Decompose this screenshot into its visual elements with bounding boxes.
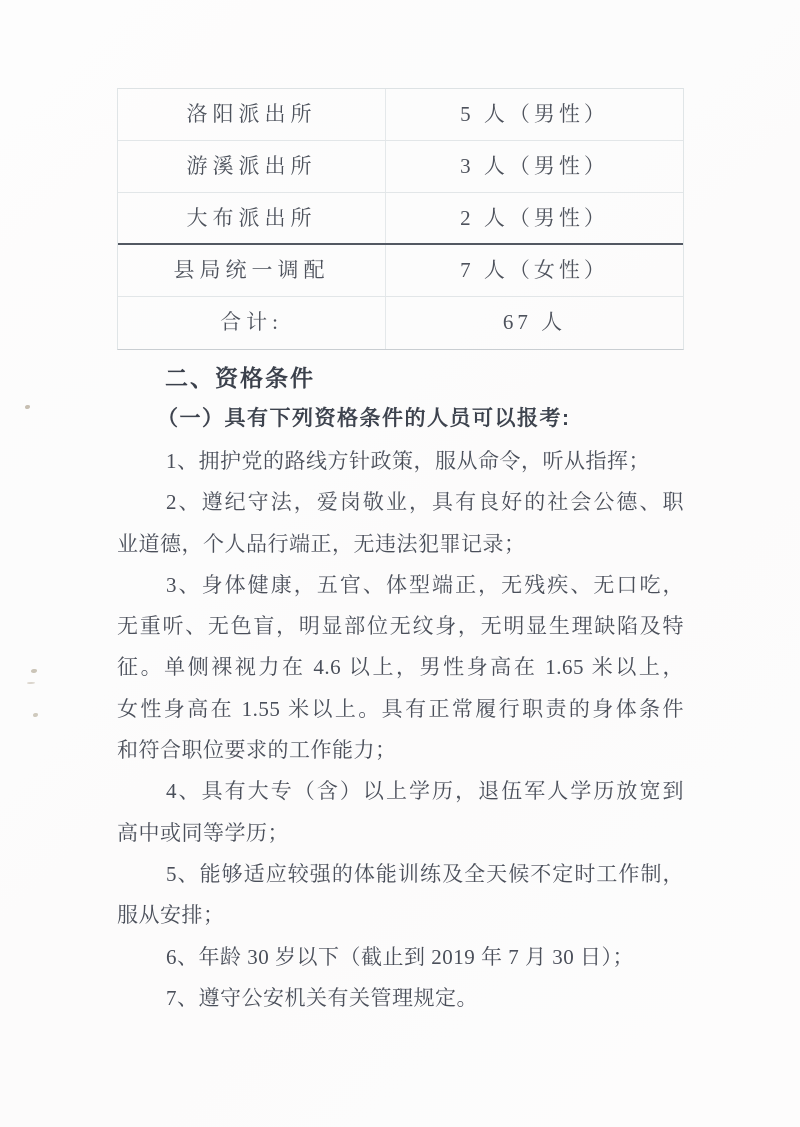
qualification-item: 1、拥护党的路线方针政策，服从命令，听从指挥； — [117, 441, 684, 482]
total-label-cell: 合计: — [118, 297, 386, 349]
qualification-line: 和符合职位要求的工作能力； — [117, 730, 684, 771]
document-page: 洛阳派出所 5 人（男性） 游溪派出所 3 人（男性） 大布派出所 2 人（男性… — [0, 0, 800, 1127]
qualification-item: 5、能够适应较强的体能训练及全天候不定时工作制，服从安排； — [117, 854, 684, 937]
station-cell: 大布派出所 — [118, 193, 386, 243]
table-row: 大布派出所 2 人（男性） — [118, 193, 683, 245]
station-cell: 游溪派出所 — [118, 141, 386, 192]
total-value-cell: 67 人 — [386, 297, 683, 349]
section-subheading: （一）具有下列资格条件的人员可以报考: — [157, 402, 571, 432]
scan-speck — [27, 682, 35, 684]
qualification-line: 6、年龄 30 岁以下（截止到 2019 年 7 月 30 日）； — [117, 937, 684, 978]
qualification-line: 3、身体健康，五官、体型端正，无残疾、无口吃， — [117, 565, 684, 606]
quota-table: 洛阳派出所 5 人（男性） 游溪派出所 3 人（男性） 大布派出所 2 人（男性… — [117, 88, 684, 350]
table-row-total: 合计: 67 人 — [118, 297, 683, 349]
table-row: 县局统一调配 7 人（女性） — [118, 245, 683, 297]
station-cell: 洛阳派出所 — [118, 89, 386, 140]
scan-speck — [33, 713, 38, 717]
quota-cell: 2 人（男性） — [386, 193, 683, 243]
qualification-line: 征。单侧裸视力在 4.6 以上，男性身高在 1.65 米以上， — [117, 647, 684, 688]
qualification-line: 1、拥护党的路线方针政策，服从命令，听从指挥； — [117, 441, 684, 482]
qualification-line: 4、具有大专（含）以上学历，退伍军人学历放宽到 — [117, 771, 684, 812]
qualification-list: 1、拥护党的路线方针政策，服从命令，听从指挥；2、遵纪守法，爱岗敬业，具有良好的… — [117, 441, 684, 1019]
qualification-line: 7、遵守公安机关有关管理规定。 — [117, 978, 684, 1019]
qualification-line: 2、遵纪守法，爱岗敬业，具有良好的社会公德、职 — [117, 482, 684, 523]
scan-speck — [25, 405, 30, 409]
qualification-item: 3、身体健康，五官、体型端正，无残疾、无口吃，无重听、无色盲，明显部位无纹身，无… — [117, 565, 684, 771]
scan-speck — [31, 669, 37, 673]
station-cell: 县局统一调配 — [118, 245, 386, 296]
qualification-line: 女性身高在 1.55 米以上。具有正常履行职责的身体条件 — [117, 689, 684, 730]
quota-cell: 5 人（男性） — [386, 89, 683, 140]
table-row: 游溪派出所 3 人（男性） — [118, 141, 683, 193]
qualification-line: 高中或同等学历； — [117, 813, 684, 854]
section-heading: 二、资格条件 — [165, 360, 315, 393]
qualification-item: 2、遵纪守法，爱岗敬业，具有良好的社会公德、职业道德，个人品行端正，无违法犯罪记… — [117, 482, 684, 565]
table-row: 洛阳派出所 5 人（男性） — [118, 89, 683, 141]
qualification-line: 业道德，个人品行端正，无违法犯罪记录； — [117, 524, 684, 565]
quota-cell: 3 人（男性） — [386, 141, 683, 192]
quota-cell: 7 人（女性） — [386, 245, 683, 296]
qualification-line: 无重听、无色盲，明显部位无纹身，无明显生理缺陷及特 — [117, 606, 684, 647]
qualification-line: 服从安排； — [117, 895, 684, 936]
qualification-line: 5、能够适应较强的体能训练及全天候不定时工作制， — [117, 854, 684, 895]
qualification-item: 7、遵守公安机关有关管理规定。 — [117, 978, 684, 1019]
qualification-item: 4、具有大专（含）以上学历，退伍军人学历放宽到高中或同等学历； — [117, 771, 684, 854]
qualification-item: 6、年龄 30 岁以下（截止到 2019 年 7 月 30 日）； — [117, 937, 684, 978]
